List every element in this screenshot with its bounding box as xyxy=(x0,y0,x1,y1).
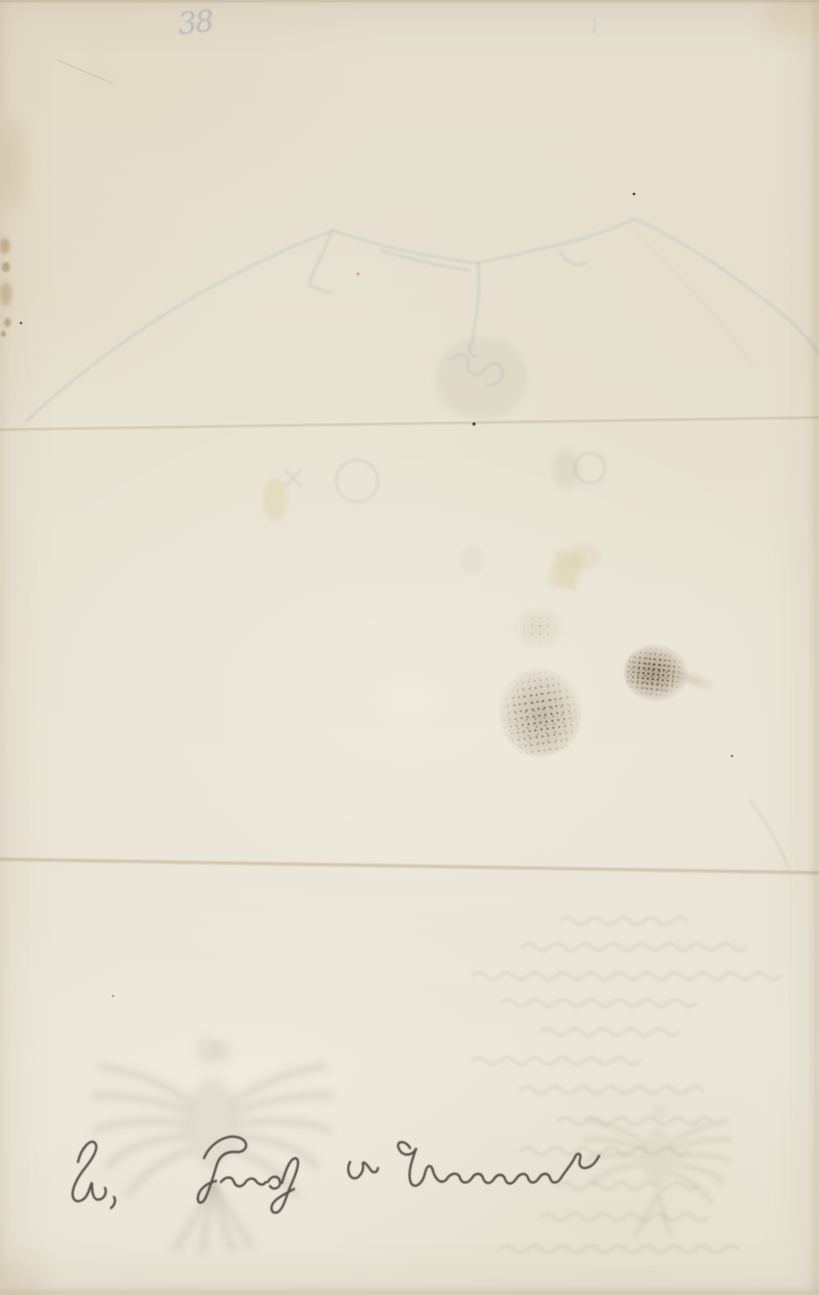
paper-sheet: 38 H. Prof v Werner xyxy=(0,0,819,1295)
paper-vignette xyxy=(0,0,819,1295)
